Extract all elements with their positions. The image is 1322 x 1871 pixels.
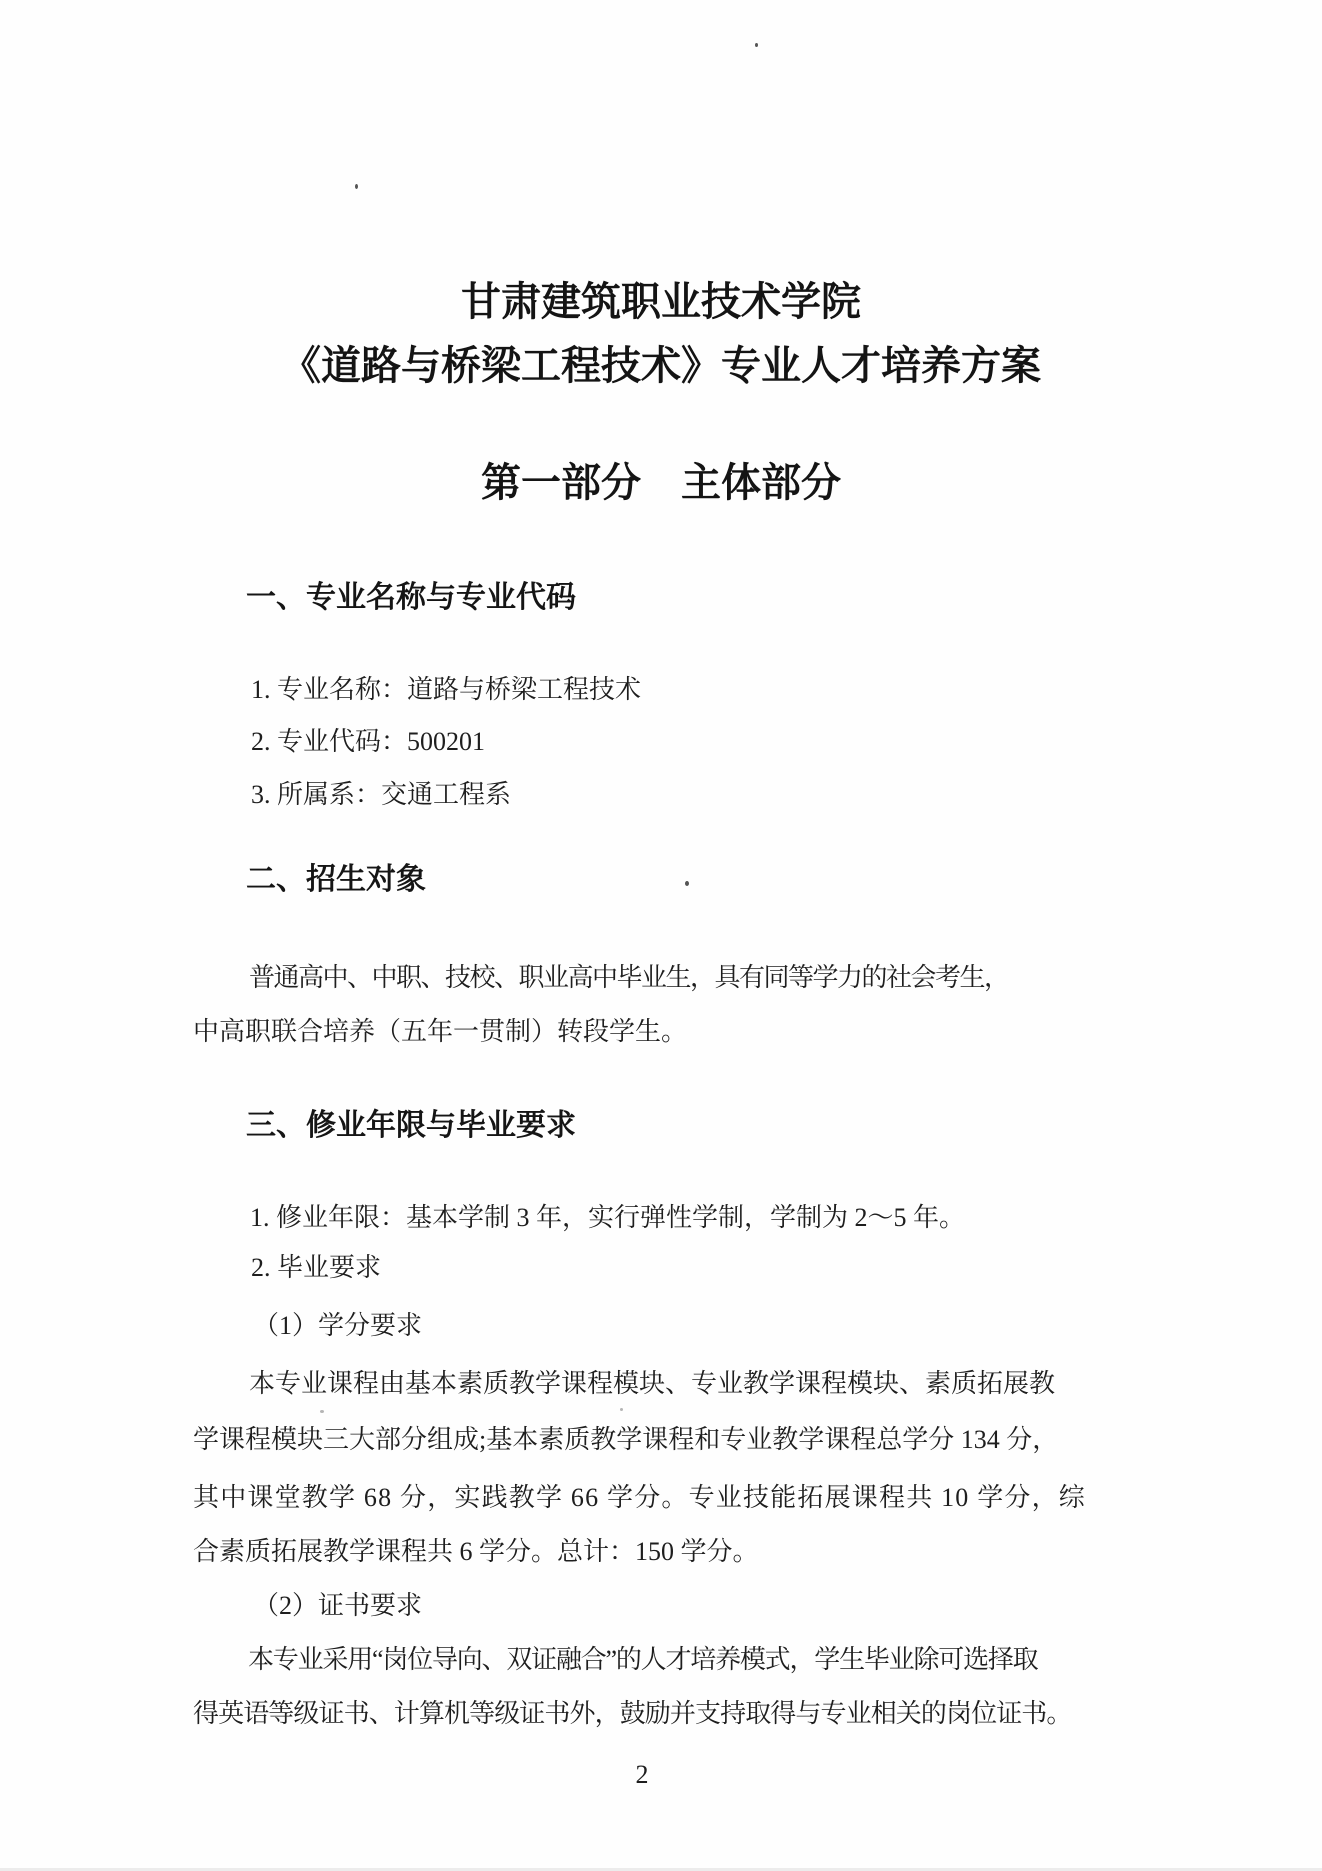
item-department: 3. 所属系：交通工程系 <box>251 777 511 813</box>
certificate-paragraph-line-2: 得英语等级证书、计算机等级证书外，鼓励并支持取得与专业相关的岗位证书。 <box>193 1696 1072 1732</box>
enrollment-paragraph-line-2: 中高职联合培养（五年一贯制）转段学生。 <box>193 1014 687 1050</box>
document-page: 甘肃建筑职业技术学院 《道路与桥梁工程技术》专业人才培养方案 第一部分 主体部分… <box>0 0 1322 1871</box>
section-1-heading: 一、专业名称与专业代码 <box>246 577 576 619</box>
scan-speck <box>620 1408 623 1411</box>
item-graduation-requirements: 2. 毕业要求 <box>251 1250 381 1286</box>
scan-speck <box>355 184 358 189</box>
page-number: 2 <box>0 1757 1284 1793</box>
section-3-heading: 三、修业年限与毕业要求 <box>246 1105 576 1147</box>
item-study-period: 1. 修业年限：基本学制 3 年，实行弹性学制，学制为 2～5 年。 <box>250 1200 965 1236</box>
doc-title-line2: 《道路与桥梁工程技术》专业人才培养方案 <box>0 338 1322 394</box>
credit-paragraph-line-4: 合素质拓展教学课程共 6 学分。总计：150 学分。 <box>193 1534 759 1570</box>
scan-speck <box>755 43 758 47</box>
scan-speck <box>685 881 689 886</box>
doc-title-line1: 甘肃建筑职业技术学院 <box>0 274 1322 330</box>
credit-paragraph-line-2: 学课程模块三大部分组成;基本素质教学课程和专业教学课程总学分 134 分， <box>193 1422 1058 1458</box>
credit-paragraph-line-3: 其中课堂教学 68 分，实践教学 66 学分。专业技能拓展课程共 10 学分，综 <box>193 1480 1086 1516</box>
part-heading: 第一部分 主体部分 <box>0 455 1322 511</box>
enrollment-paragraph-line-1: 普通高中、中职、技校、职业高中毕业生，具有同等学力的社会考生， <box>249 960 1009 996</box>
item-major-name: 1. 专业名称：道路与桥梁工程技术 <box>251 672 641 708</box>
item-major-code: 2. 专业代码：500201 <box>251 724 485 760</box>
scan-speck <box>320 1410 324 1413</box>
subitem-credit-requirements: （1）学分要求 <box>253 1308 422 1344</box>
certificate-paragraph-line-1: 本专业采用“岗位导向、双证融合”的人才培养模式，学生毕业除可选择取 <box>248 1642 1037 1678</box>
subitem-certificate-requirements: （2）证书要求 <box>253 1588 422 1624</box>
section-2-heading: 二、招生对象 <box>246 859 426 901</box>
credit-paragraph-line-1: 本专业课程由基本素质教学课程模块、专业教学课程模块、素质拓展教 <box>249 1366 1055 1402</box>
